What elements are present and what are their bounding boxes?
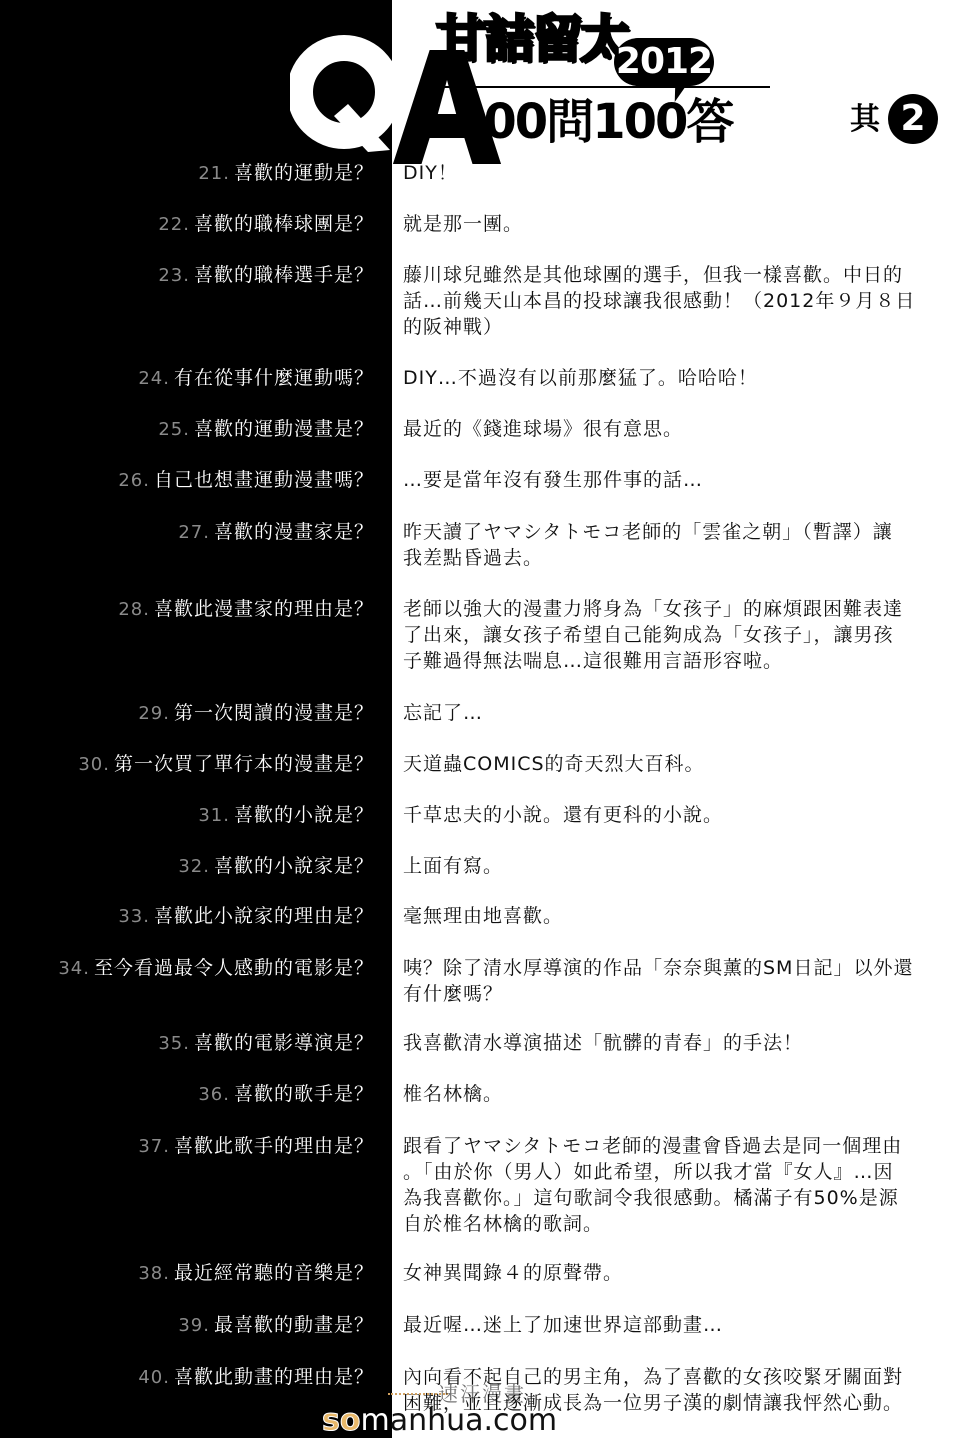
answer-text: 忘記了… [403,700,943,726]
question-number: 37. [138,1136,170,1157]
answer-text: 跟看了ヤマシタトモコ老師的漫畫會昏過去是同一個理由 。「由於你（男人）如此希望，… [403,1133,943,1237]
question: 29.第一次閱讀的漫畫是？ [138,700,374,727]
part-number-badge: 2 [888,94,938,144]
question-text: 喜歡的職棒選手是？ [194,264,374,286]
author-name-title: 甘詰留太 [436,14,628,64]
question: 24.有在從事什麼運動嗎？ [138,365,374,392]
question-number: 35. [158,1033,190,1054]
question: 28.喜歡此漫畫家的理由是？ [118,596,374,623]
question-text: 喜歡此動畫的理由是？ [174,1366,374,1388]
question: 37.喜歡此歌手的理由是？ [138,1133,374,1160]
subtitle-100-questions: 100問100答 [452,94,732,150]
question-text: 第一次閱讀的漫畫是？ [174,702,374,724]
question-number: 24. [138,368,170,389]
question-text: 有在從事什麼運動嗎？ [174,367,374,389]
watermark-anhua: anhua.com [390,1403,557,1438]
question: 30.第一次買了單行本的漫畫是？ [78,751,374,778]
question-text: 喜歡的職棒球團是？ [194,213,374,235]
question-number: 40. [138,1367,170,1388]
question: 21.喜歡的運動是？ [198,160,374,187]
question: 31.喜歡的小說是？ [198,802,374,829]
question: 34.至今看過最令人感動的電影是？ [58,955,374,982]
answer-text: …要是當年沒有發生那件事的話… [403,467,943,493]
question-text: 喜歡的小說是？ [234,804,374,826]
question-number: 22. [158,214,190,235]
question-text: 喜歡的運動是？ [234,162,374,184]
question-text: 最近經常聽的音樂是？ [174,1262,374,1284]
question: 23.喜歡的職棒選手是？ [158,262,374,289]
question-number: 32. [178,856,210,877]
question-number: 33. [118,906,150,927]
question-number: 23. [158,265,190,286]
answer-text: 最近的《錢進球場》很有意思。 [403,416,943,442]
question-text: 自己也想畫運動漫畫嗎？ [154,469,374,491]
question-number: 34. [58,958,90,979]
question-text: 喜歡此漫畫家的理由是？ [154,598,374,620]
question-text: 喜歡此小說家的理由是？ [154,905,374,927]
question-number: 31. [198,805,230,826]
question-number: 38. [138,1263,170,1284]
question-text: 至今看過最令人感動的電影是？ [94,957,374,979]
answer-text: 我喜歡清水導演描述「骯髒的青春」的手法！ [403,1030,943,1056]
question-number: 29. [138,703,170,724]
answer-text: 最近喔…迷上了加速世界這部動畫… [403,1312,943,1338]
answer-text: 咦？除了清水厚導演的作品「奈奈與薰的SM日記」以外還 有什麼嗎？ [403,955,943,1007]
answer-text: 椎名林檎。 [403,1081,943,1107]
answer-text: DIY！ [403,160,943,186]
question-number: 27. [178,522,210,543]
question-text: 喜歡的運動漫畫是？ [194,418,374,440]
question-number: 39. [178,1315,210,1336]
answer-text: 上面有寫。 [403,853,943,879]
answer-text: 藤川球兒雖然是其他球團的選手，但我一樣喜歡。中日的 話…前幾天山本昌的投球讓我很… [403,262,943,340]
answer-text: 千草忠夫的小說。還有更科的小說。 [403,802,943,828]
question-text: 喜歡的歌手是？ [234,1083,374,1105]
question-number: 28. [118,599,150,620]
question: 33.喜歡此小說家的理由是？ [118,903,374,930]
question-text: 最喜歡的動畫是？ [214,1314,374,1336]
part-label: 其 [850,98,880,142]
answer-text: 老師以強大的漫畫力將身為「女孩子」的麻煩跟困難表達 了出來，讓女孩子希望自己能夠… [403,596,943,674]
question: 39.最喜歡的動畫是？ [178,1312,374,1339]
answer-text: 就是那一團。 [403,211,943,237]
question-text: 喜歡的電影導演是？ [194,1032,374,1054]
question-number: 21. [198,163,230,184]
question-number: 30. [78,754,110,775]
question: 26.自己也想畫運動漫畫嗎？ [118,467,374,494]
question: 22.喜歡的職棒球團是？ [158,211,374,238]
question: 32.喜歡的小說家是？ [178,853,374,880]
answer-text: 毫無理由地喜歡。 [403,903,943,929]
answer-text: 女神異聞錄４的原聲帶。 [403,1260,943,1286]
question-text: 第一次買了單行本的漫畫是？ [114,753,374,775]
question: 27.喜歡的漫畫家是？ [178,519,374,546]
answer-text: DIY…不過沒有以前那麼猛了。哈哈哈！ [403,365,943,391]
answer-text: 天道蟲COMICS的奇天烈大百科。 [403,751,943,777]
question: 25.喜歡的運動漫畫是？ [158,416,374,443]
answer-text: 昨天讀了ヤマシタトモコ老師的「雲雀之朝」（暫譯）讓 我差點昏過去。 [403,519,943,571]
question-text: 喜歡的漫畫家是？ [214,521,374,543]
question-text: 喜歡此歌手的理由是？ [174,1135,374,1157]
header-rule [440,86,770,88]
question-number: 26. [118,470,150,491]
watermark-m: m [360,1403,389,1438]
q-letter-logo [290,34,398,152]
question: 40.喜歡此動畫的理由是？ [138,1364,374,1391]
question-number: 25. [158,419,190,440]
question: 36.喜歡的歌手是？ [198,1081,374,1108]
year-badge: 2012 [614,38,714,86]
watermark-so: so [322,1403,360,1438]
question: 35.喜歡的電影導演是？ [158,1030,374,1057]
question-text: 喜歡的小說家是？ [214,855,374,877]
watermark-somanhua: somanhua.com [322,1404,557,1438]
question: 38.最近經常聽的音樂是？ [138,1260,374,1287]
question-number: 36. [198,1084,230,1105]
